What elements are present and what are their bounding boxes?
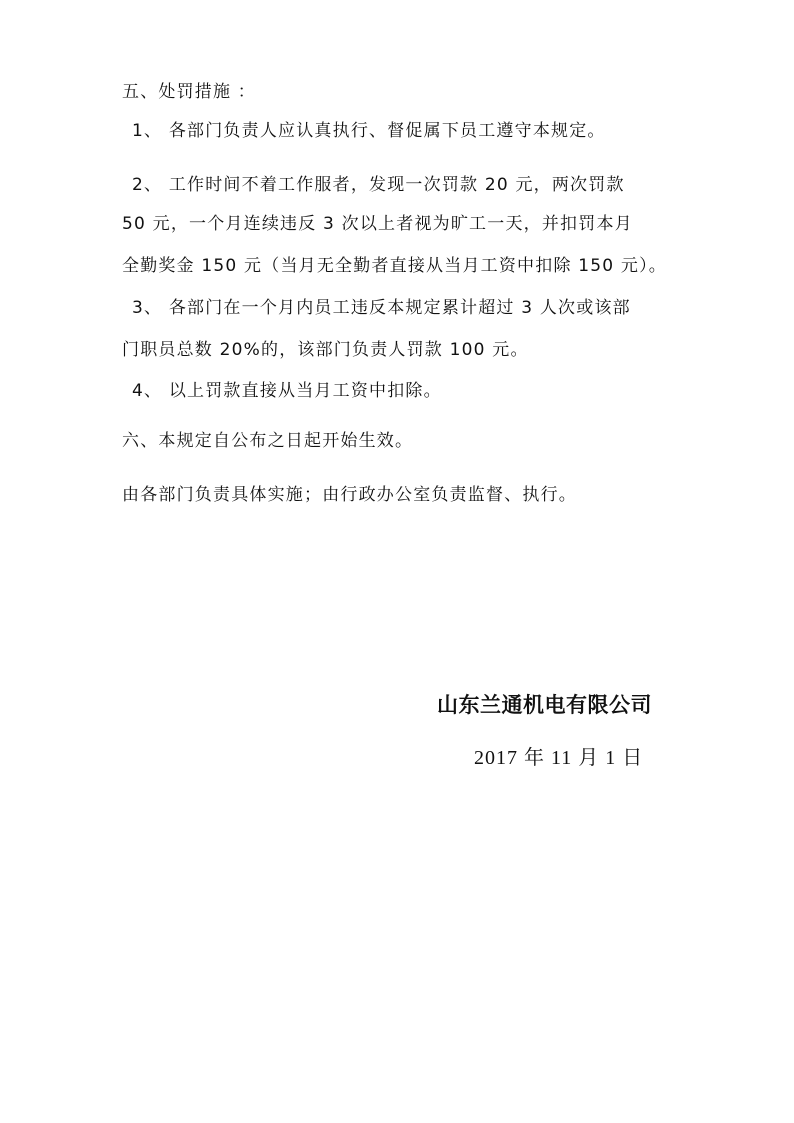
penalty-item-2-line-2: 50 元，一个月连续违反 3 次以上者视为旷工一天，并扣罚本月 [122, 213, 633, 235]
penalty-item-4-line-1: 4、 以上罚款直接从当月工资中扣除。 [132, 380, 442, 402]
penalty-item-3-line-2: 门职员总数 20%的，该部门负责人罚款 100 元。 [122, 339, 529, 361]
document-page: 五、处罚措施 ： 1、 各部门负责人应认真执行、督促属下员工遵守本规定。 2、 … [0, 0, 794, 1123]
penalty-item-1-line-1: 1、 各部门负责人应认真执行、督促属下员工遵守本规定。 [132, 120, 606, 142]
penalty-item-3-line-1: 3、 各部门在一个月内员工违反本规定累计超过 3 人次或该部 [132, 297, 631, 319]
penalty-item-2-line-3: 全勤奖金 150 元（当月无全勤者直接从当月工资中扣除 150 元）。 [122, 255, 667, 277]
closing-note: 由各部门负责具体实施；由行政办公室负责监督、执行。 [122, 484, 577, 506]
section-6-heading: 六、本规定自公布之日起开始生效。 [122, 430, 413, 452]
signature-date: 2017 年 11 月 1 日 [474, 741, 643, 770]
company-signature: 山东兰通机电有限公司 [437, 689, 652, 719]
section-5-heading: 五、处罚措施 ： [122, 81, 256, 103]
penalty-item-2-line-1: 2、 工作时间不着工作服者，发现一次罚款 20 元，两次罚款 [132, 174, 625, 196]
